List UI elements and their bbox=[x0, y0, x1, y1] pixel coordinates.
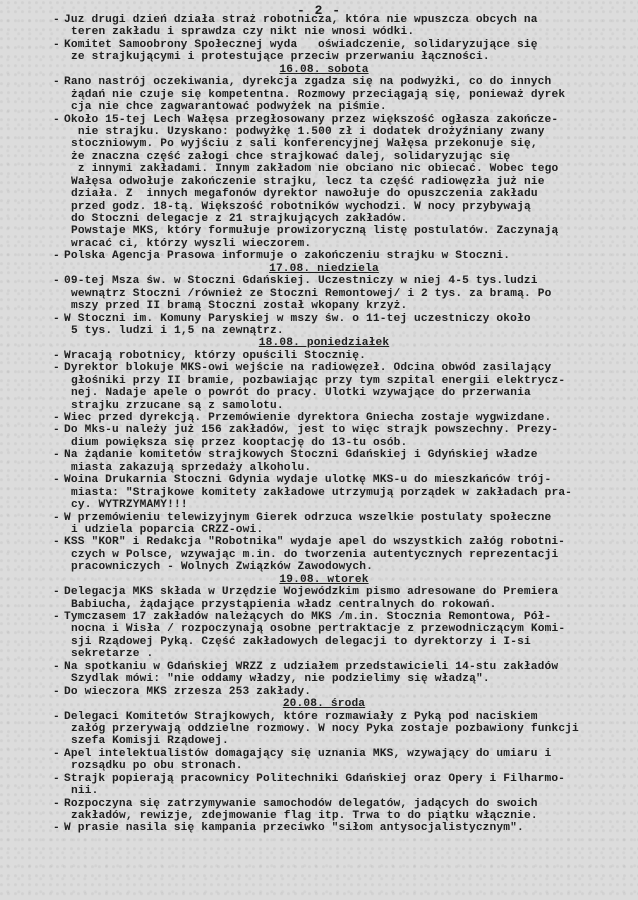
list-item-text: W prasie nasila się kampania przeciwko "… bbox=[64, 822, 524, 834]
bullet-dash: - bbox=[53, 313, 60, 325]
list-item: -Apel intelektualistów domagający się uz… bbox=[64, 748, 624, 760]
list-item: -Wracają robotnicy, którzy opuścili Stoc… bbox=[64, 350, 624, 362]
list-item: -Delegacja MKS składa w Urzędzie Wojewód… bbox=[64, 586, 624, 598]
continuation-line: cja nie chce zagwarantować podwyżek na p… bbox=[64, 101, 624, 113]
document-body: -Juz drugi dzień działa straż robotnicza… bbox=[64, 14, 624, 835]
continuation-line: Szydlak mówi: "nie oddamy władzy, nie po… bbox=[64, 673, 624, 685]
bullet-dash: - bbox=[53, 822, 60, 834]
list-item-text: Juz drugi dzień działa straż robotnicza,… bbox=[64, 14, 538, 26]
list-item: -Tymczasem 17 zakładów należących do MKS… bbox=[64, 611, 624, 623]
date-heading: 18.08. poniedziałek bbox=[64, 337, 624, 349]
continuation-line: że znaczna część załogi chce strajkować … bbox=[64, 151, 624, 163]
bullet-dash: - bbox=[53, 250, 60, 262]
continuation-line: nej. Nadaje apele o powrót do pracy. Ulo… bbox=[64, 387, 624, 399]
continuation-line: wewnątrz Stoczni /również ze Stoczni Rem… bbox=[64, 288, 624, 300]
list-item: -W przemówieniu telewizyjnym Gierek odrz… bbox=[64, 512, 624, 524]
bullet-dash: - bbox=[53, 39, 60, 51]
list-item: -Komitet Samoobrony Społecznej wyda oświ… bbox=[64, 39, 624, 51]
continuation-line: głośniki przy II bramie, pozbawiając prz… bbox=[64, 375, 624, 387]
bullet-dash: - bbox=[53, 275, 60, 287]
continuation-line: żądań nie czuje się kompetentna. Rozmowy… bbox=[64, 89, 624, 101]
bullet-dash: - bbox=[53, 611, 60, 623]
continuation-line: sekretarze . bbox=[64, 648, 624, 660]
list-item-text: Wracają robotnicy, którzy opuścili Stocz… bbox=[64, 350, 366, 362]
continuation-line: załóg przerywają oddzielne rozmowy. W no… bbox=[64, 723, 624, 735]
continuation-line: stoczniowym. Po wyjściu z sali konferenc… bbox=[64, 138, 624, 150]
bullet-dash: - bbox=[53, 512, 60, 524]
list-item-text: Wiec przed dyrekcją. Przemówienie dyrekt… bbox=[64, 412, 551, 424]
bullet-dash: - bbox=[53, 711, 60, 723]
bullet-dash: - bbox=[53, 424, 60, 436]
list-item: -Woina Drukarnia Stoczni Gdynia wydaje u… bbox=[64, 474, 624, 486]
list-item: -W Stoczni im. Komuny Paryskiej w mszy ś… bbox=[64, 313, 624, 325]
continuation-line: dium powiększa się przez kooptację do 13… bbox=[64, 437, 624, 449]
list-item: -Do Mks-u należy już 156 zakładów, jest … bbox=[64, 424, 624, 436]
list-item: -Rano nastrój oczekiwania, dyrekcja zgad… bbox=[64, 76, 624, 88]
continuation-line: ze strajkującymi i protestujące przeciw … bbox=[64, 51, 624, 63]
list-item: -Juz drugi dzień działa straż robotnicza… bbox=[64, 14, 624, 26]
continuation-line: pracowniczych - Wolnych Związków Zawodow… bbox=[64, 561, 624, 573]
list-item-text: Na spotkaniu w Gdańskiej WRZZ z udziałem… bbox=[64, 661, 558, 673]
continuation-line: 5 tys. ludzi i 1,5 na zewnątrz. bbox=[64, 325, 624, 337]
continuation-line: rozsądku po obu stronach. bbox=[64, 760, 624, 772]
continuation-line: mszy przed II bramą Stoczni został wkopa… bbox=[64, 300, 624, 312]
list-item: -09-tej Msza św. w Stoczni Gdańskiej. Uc… bbox=[64, 275, 624, 287]
continuation-line: Powstaje MKS, który formułuje prowizoryc… bbox=[64, 225, 624, 237]
bullet-dash: - bbox=[53, 350, 60, 362]
continuation-line: i udziela poparcia CRZZ-owi. bbox=[64, 524, 624, 536]
list-item: -Dyrektor blokuje MKS-owi wejście na rad… bbox=[64, 362, 624, 374]
list-item: -Rozpoczyna się zatrzymywanie samochodów… bbox=[64, 798, 624, 810]
continuation-line: Babiucha, żądające przystąpienia władz c… bbox=[64, 599, 624, 611]
list-item-text: Do wieczora MKS zrzesza 253 zakłady. bbox=[64, 686, 311, 698]
bullet-dash: - bbox=[53, 686, 60, 698]
continuation-line: nii. bbox=[64, 785, 624, 797]
continuation-line: zakładów, rewizje, zdejmowanie flag itp.… bbox=[64, 810, 624, 822]
list-item-text: Około 15-tej Lech Wałęsa przegłosowany p… bbox=[64, 114, 558, 126]
continuation-line: z innymi zakładami. Innym zakładom nie o… bbox=[64, 163, 624, 175]
bullet-dash: - bbox=[53, 412, 60, 424]
bullet-dash: - bbox=[53, 114, 60, 126]
list-item-text: Rano nastrój oczekiwania, dyrekcja zgadz… bbox=[64, 76, 551, 88]
bullet-dash: - bbox=[53, 798, 60, 810]
list-item: -Do wieczora MKS zrzesza 253 zakłady. bbox=[64, 686, 624, 698]
document-page: - 2 - -Juz drugi dzień działa straż robo… bbox=[0, 0, 638, 900]
list-item-text: Dyrektor blokuje MKS-owi wejście na radi… bbox=[64, 362, 551, 374]
continuation-line: nie strajku. Uzyskano: podwyżkę 1.500 zł… bbox=[64, 126, 624, 138]
continuation-line: sji Rządowej Pyką. Część zakładowych del… bbox=[64, 636, 624, 648]
continuation-line: wracać ci, którzy wyszli wieczorem. bbox=[64, 238, 624, 250]
list-item-text: Do Mks-u należy już 156 zakładów, jest t… bbox=[64, 424, 558, 436]
list-item: -Delegaci Komitetów Strajkowych, które r… bbox=[64, 711, 624, 723]
list-item-text: Delegacja MKS składa w Urzędzie Wojewódz… bbox=[64, 586, 558, 598]
list-item: -Na żądanie komitetów strajkowych Stoczn… bbox=[64, 449, 624, 461]
continuation-line: czych w Polsce, wzywając m.in. do tworze… bbox=[64, 549, 624, 561]
continuation-line: Wałęsa odwołuje zakończenie strajku, lec… bbox=[64, 176, 624, 188]
continuation-line: działa. Z innych megafonów dyrektor nawo… bbox=[64, 188, 624, 200]
list-item-text: W Stoczni im. Komuny Paryskiej w mszy św… bbox=[64, 313, 531, 325]
continuation-line: nocna i Wisła / rozpoczynają osobne pert… bbox=[64, 623, 624, 635]
date-heading: 20.08. środa bbox=[64, 698, 624, 710]
date-heading: 16.08. sobota bbox=[64, 64, 624, 76]
list-item-text: KSS "KOR" i Redakcja "Robotnika" wydaje … bbox=[64, 536, 565, 548]
list-item: -KSS "KOR" i Redakcja "Robotnika" wydaje… bbox=[64, 536, 624, 548]
continuation-line: miasta: "Strajkowe komitety zakładowe ut… bbox=[64, 487, 624, 499]
bullet-dash: - bbox=[53, 773, 60, 785]
list-item-text: W przemówieniu telewizyjnym Gierek odrzu… bbox=[64, 512, 551, 524]
bullet-dash: - bbox=[53, 536, 60, 548]
bullet-dash: - bbox=[53, 748, 60, 760]
list-item: -Wiec przed dyrekcją. Przemówienie dyrek… bbox=[64, 412, 624, 424]
list-item-text: Apel intelektualistów domagający się uzn… bbox=[64, 748, 551, 760]
list-item-text: 09-tej Msza św. w Stoczni Gdańskiej. Ucz… bbox=[64, 275, 538, 287]
list-item: -Strajk popierają pracownicy Politechnik… bbox=[64, 773, 624, 785]
continuation-line: teren zakładu i sprawdza czy nikt nie wn… bbox=[64, 26, 624, 38]
date-heading: 17.08. niedziela bbox=[64, 263, 624, 275]
list-item-text: Tymczasem 17 zakładów należących do MKS … bbox=[64, 611, 551, 623]
list-item: -Na spotkaniu w Gdańskiej WRZZ z udziałe… bbox=[64, 661, 624, 673]
bullet-dash: - bbox=[53, 362, 60, 374]
bullet-dash: - bbox=[53, 661, 60, 673]
list-item-text: Polska Agencja Prasowa informuje o zakoń… bbox=[64, 250, 510, 262]
list-item-text: Woina Drukarnia Stoczni Gdynia wydaje ul… bbox=[64, 474, 551, 486]
continuation-line: szefa Komisji Rządowej. bbox=[64, 735, 624, 747]
continuation-line: do Stoczni delegacje z 21 strajkujących … bbox=[64, 213, 624, 225]
list-item-text: Strajk popierają pracownicy Politechniki… bbox=[64, 773, 565, 785]
bullet-dash: - bbox=[53, 76, 60, 88]
bullet-dash: - bbox=[53, 14, 60, 26]
list-item: -Polska Agencja Prasowa informuje o zako… bbox=[64, 250, 624, 262]
continuation-line: strajku zrzucane są z samolotu. bbox=[64, 400, 624, 412]
continuation-line: cy. WYTRZYMAMY!!! bbox=[64, 499, 624, 511]
list-item-text: Delegaci Komitetów Strajkowych, które ro… bbox=[64, 711, 538, 723]
continuation-line: miasta zakazują sprzedaży alkoholu. bbox=[64, 462, 624, 474]
bullet-dash: - bbox=[53, 449, 60, 461]
list-item: -W prasie nasila się kampania przeciwko … bbox=[64, 822, 624, 834]
date-heading: 19.08. wtorek bbox=[64, 574, 624, 586]
list-item-text: Komitet Samoobrony Społecznej wyda oświa… bbox=[64, 39, 538, 51]
continuation-line: przed godz. 18-tą. Większość robotników … bbox=[64, 201, 624, 213]
bullet-dash: - bbox=[53, 474, 60, 486]
list-item-text: Na żądanie komitetów strajkowych Stoczni… bbox=[64, 449, 538, 461]
bullet-dash: - bbox=[53, 586, 60, 598]
list-item: -Około 15-tej Lech Wałęsa przegłosowany … bbox=[64, 114, 624, 126]
list-item-text: Rozpoczyna się zatrzymywanie samochodów … bbox=[64, 798, 538, 810]
